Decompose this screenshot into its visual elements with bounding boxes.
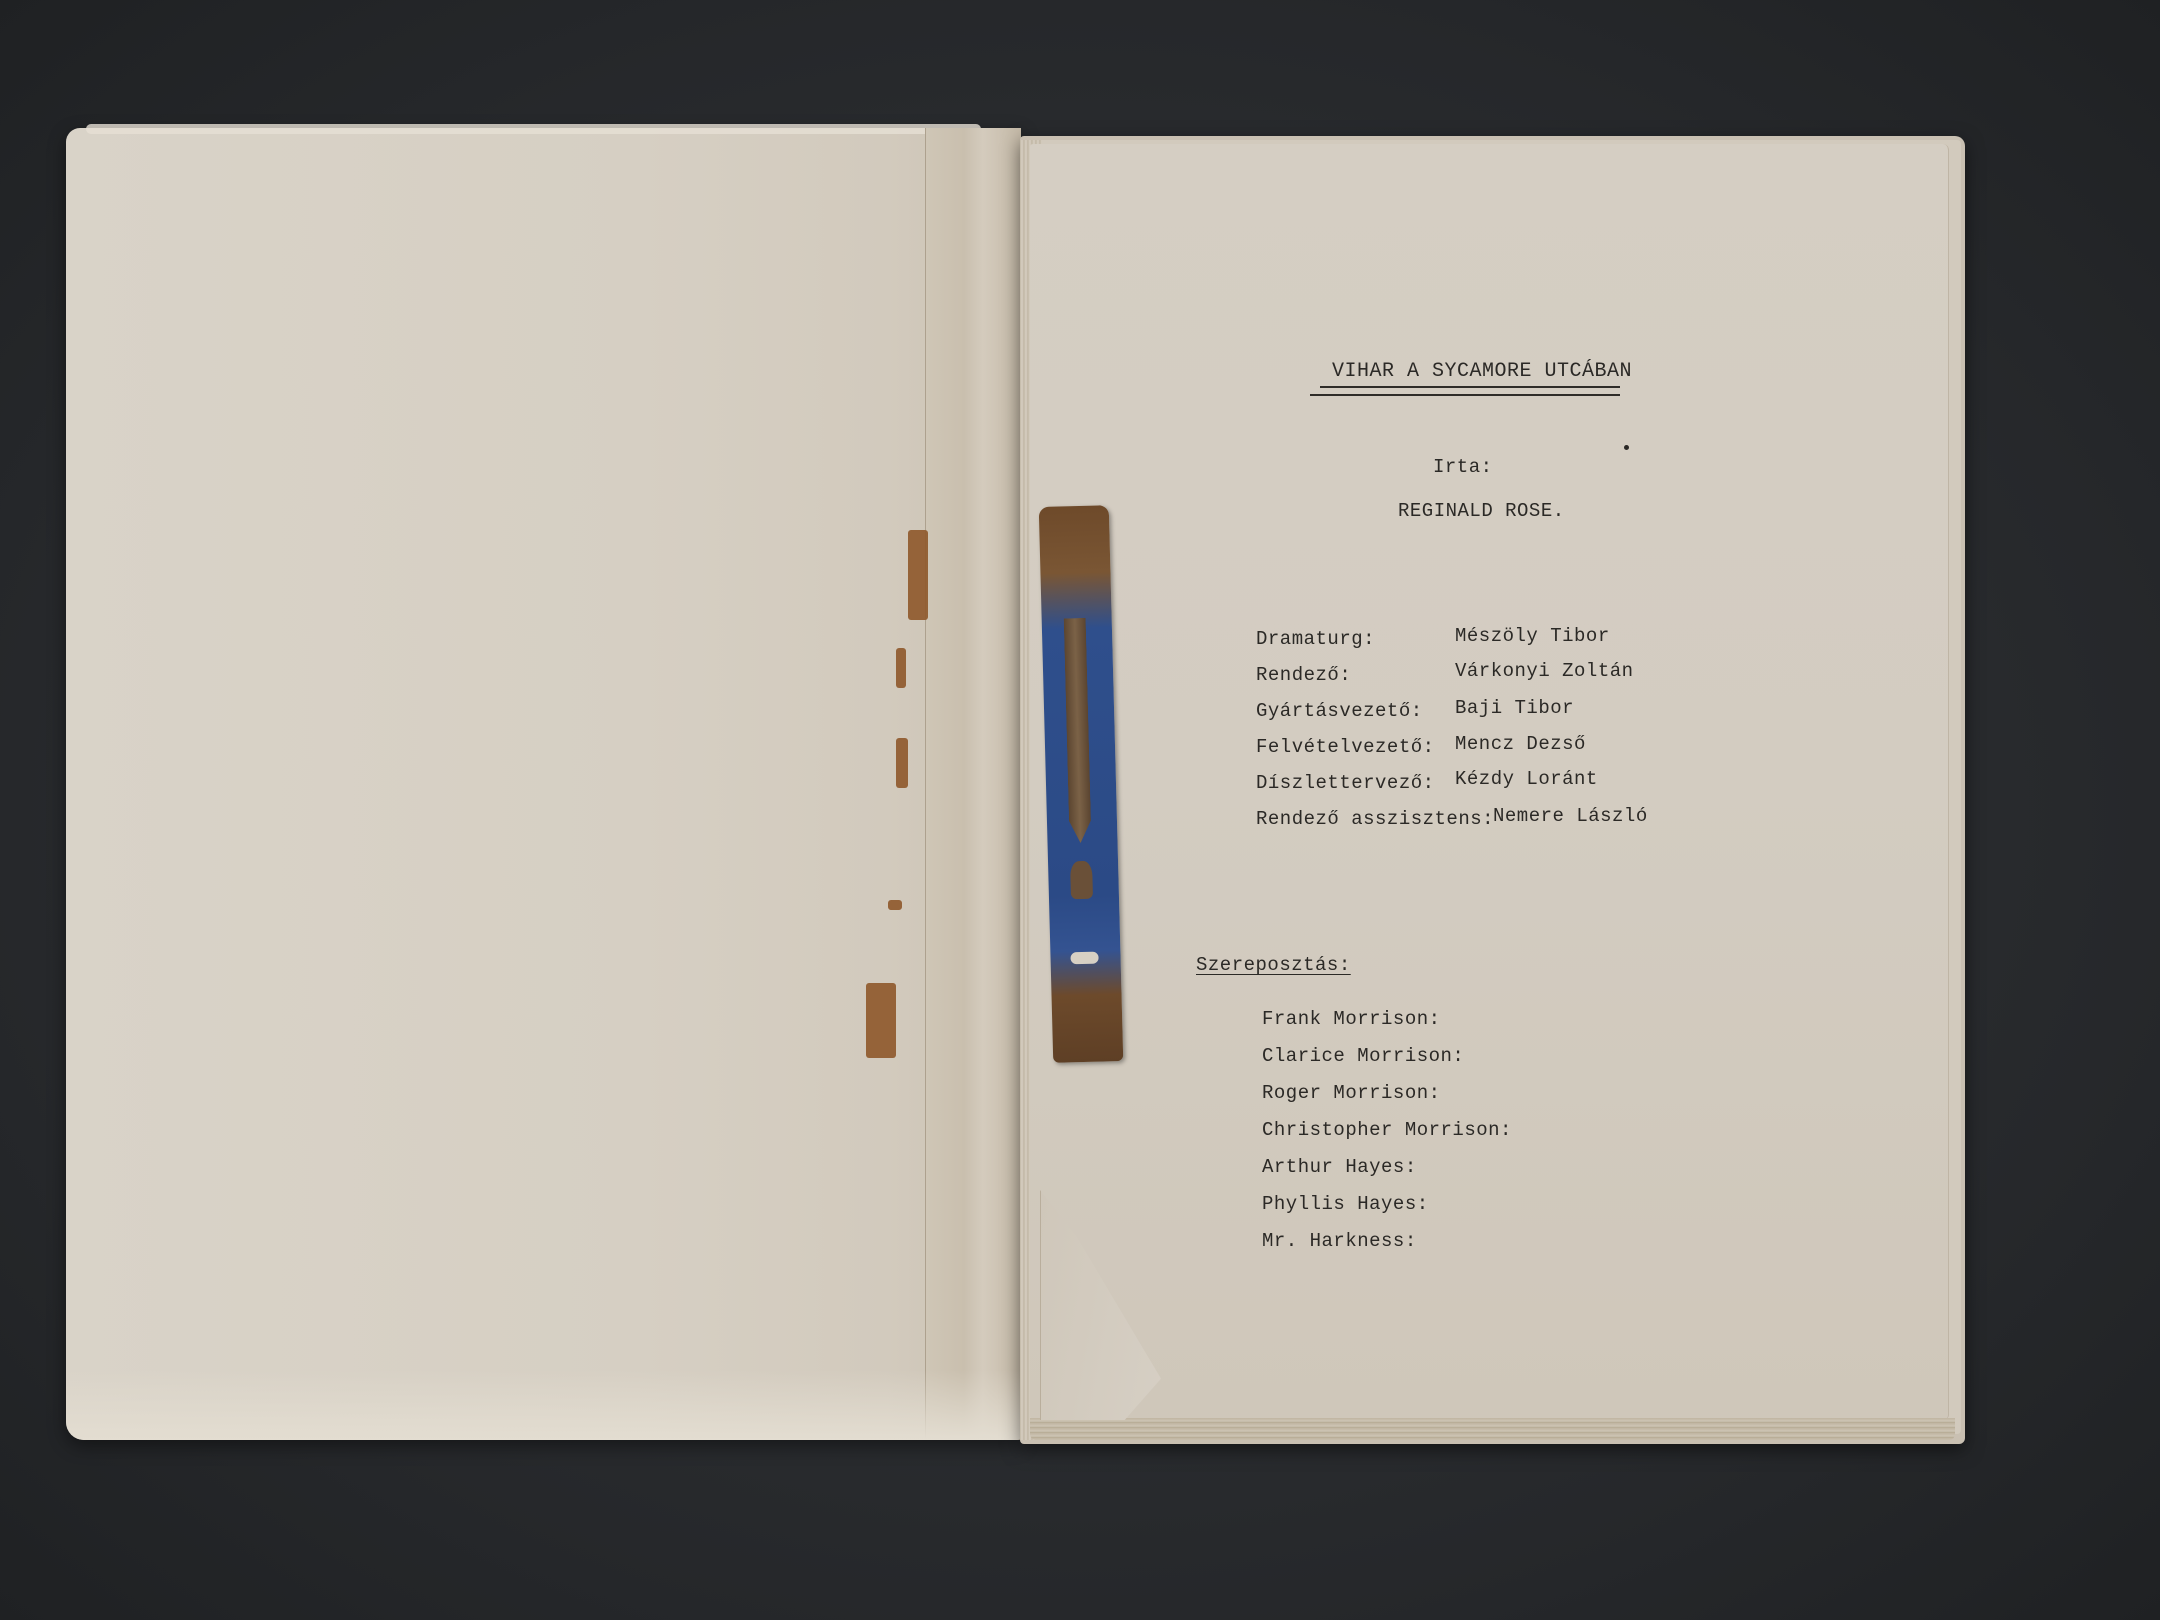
credit-name: Baji Tibor (1455, 699, 1574, 718)
credit-role: Rendező: (1256, 666, 1351, 685)
rust-stain (888, 900, 902, 910)
credit-role: Rendező asszisztens: (1256, 810, 1494, 829)
rust-stain (866, 983, 896, 1058)
credit-name: Várkonyi Zoltán (1455, 662, 1634, 681)
cover-worn-edge (86, 124, 981, 134)
cast-member: Phyllis Hayes: (1262, 1195, 1429, 1214)
cast-heading: Szereposztás: (1196, 956, 1351, 975)
document-title: VIHAR A SYCAMORE UTCÁBAN (1332, 362, 1632, 382)
cast-member: Christopher Morrison: (1262, 1121, 1512, 1140)
page-stack-edge (1030, 1418, 1955, 1440)
author-label: Irta: (1433, 458, 1493, 477)
cast-member: Roger Morrison: (1262, 1084, 1441, 1103)
credit-role: Díszlettervező: (1256, 774, 1435, 793)
ink-dot (1624, 445, 1629, 450)
cast-member: Frank Morrison: (1262, 1010, 1441, 1029)
credit-name: Mencz Dezső (1455, 735, 1586, 754)
credit-role: Gyártásvezető: (1256, 702, 1423, 721)
title-underline (1320, 386, 1620, 388)
credit-name: Nemere László (1493, 807, 1648, 826)
fastener-prong (1064, 618, 1092, 843)
credit-role: Dramaturg: (1256, 630, 1375, 649)
left-cover-page (66, 128, 1021, 1440)
rust-stain (908, 530, 928, 620)
rust-stain (896, 648, 906, 688)
fastener-slot (1070, 861, 1093, 900)
fastener-hole (1070, 952, 1098, 965)
title-underline (1310, 394, 1620, 396)
credit-name: Mészöly Tibor (1455, 627, 1610, 646)
cast-member: Mr. Harkness: (1262, 1232, 1417, 1251)
cast-member: Clarice Morrison: (1262, 1047, 1464, 1066)
credit-name: Kézdy Loránt (1455, 770, 1598, 789)
credit-role: Felvételvezető: (1256, 738, 1435, 757)
cover-worn-bottom (66, 1370, 1021, 1440)
cast-member: Arthur Hayes: (1262, 1158, 1417, 1177)
metal-fastener (1039, 505, 1124, 1063)
cover-spine (925, 128, 1021, 1440)
author-name: REGINALD ROSE. (1398, 502, 1565, 521)
rust-stain (896, 738, 908, 788)
